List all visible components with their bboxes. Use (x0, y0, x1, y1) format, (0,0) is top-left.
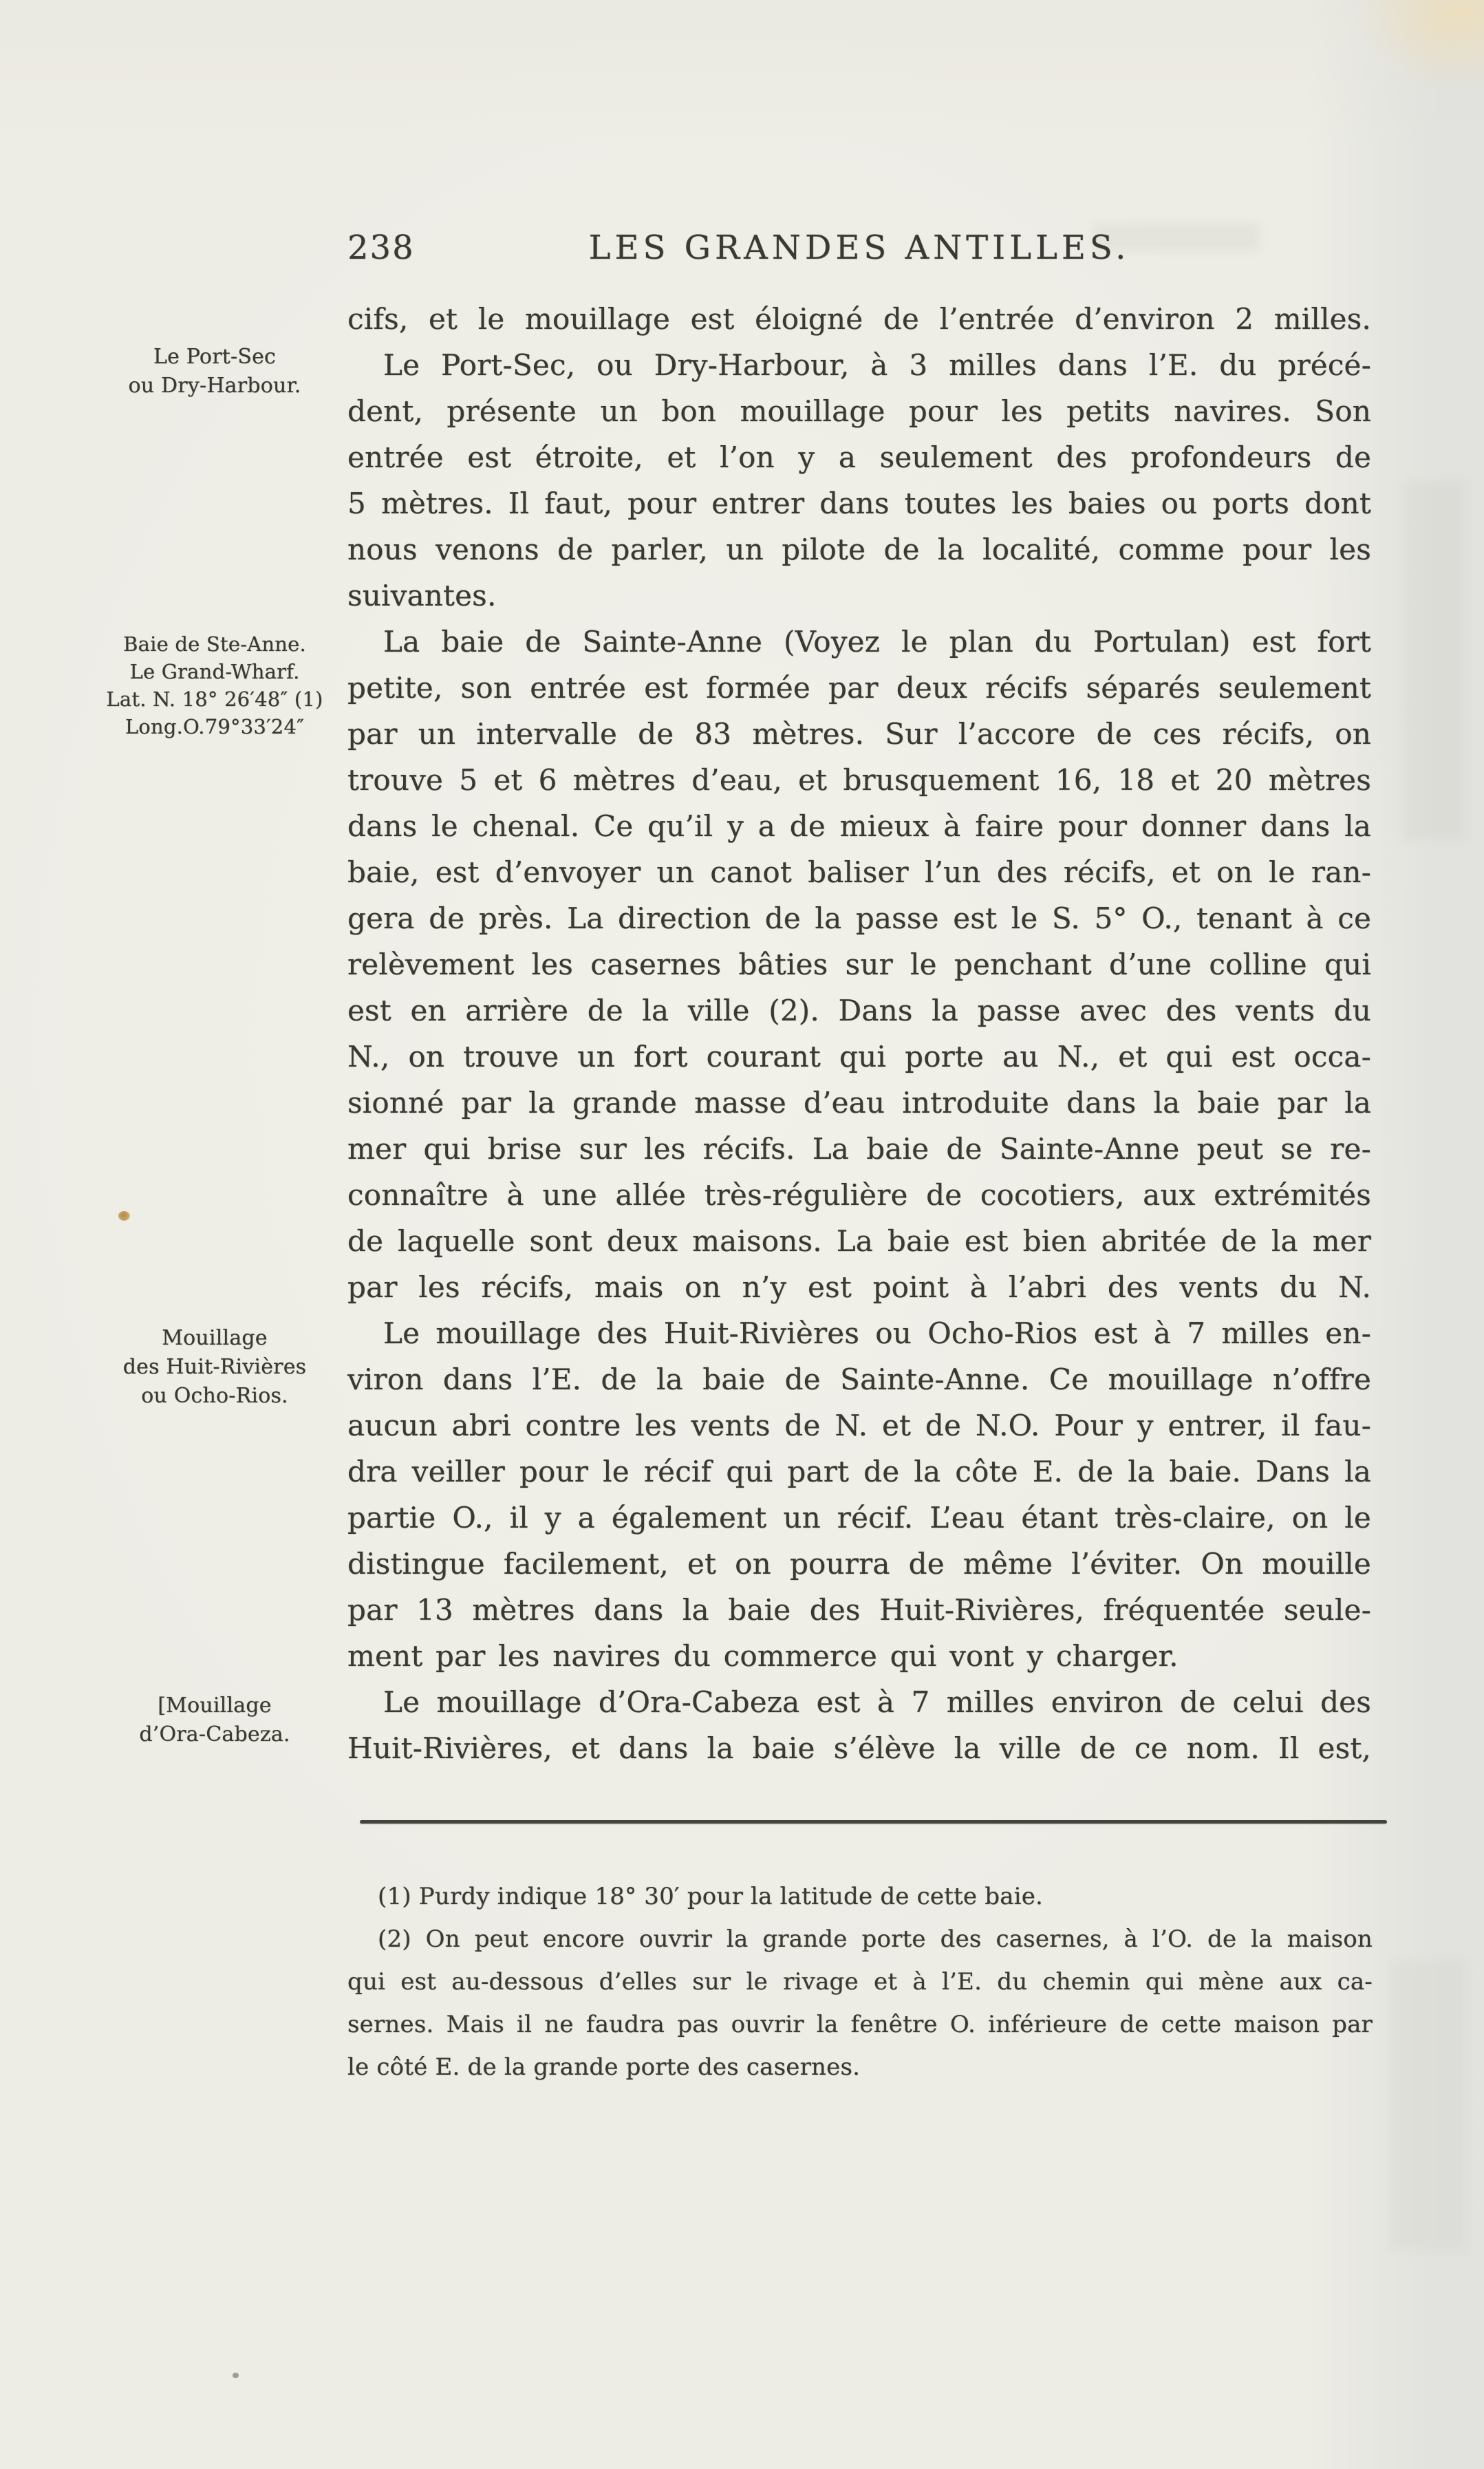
margin-note-line: ou Ocho-Rios. (88, 1382, 341, 1411)
margin-note-port-sec: Le Port-Sec ou Dry-Harbour. (88, 343, 341, 400)
paragraph-continuation: cifs, et le mouillage est éloigné de l’e… (347, 296, 1371, 342)
body-line: par un intervalle de 83 mètres. Sur l’ac… (347, 711, 1371, 757)
margin-note-line: ou Dry-Harbour. (88, 372, 341, 400)
body-line: par 13 mètres dans la baie des Huit-Rivi… (347, 1587, 1371, 1633)
margin-note-line: Long.O.79°33′24″ (88, 713, 341, 740)
body-line: connaître à une allée très-régulière de … (347, 1172, 1371, 1218)
body-line: gera de près. La direction de la passe e… (347, 895, 1371, 941)
body-line: dra veiller pour le récif qui part de la… (347, 1449, 1371, 1495)
paper-stain (118, 1211, 130, 1221)
body-line: mer qui brise sur les récifs. La baie de… (347, 1126, 1371, 1172)
margin-note-line: [Mouillage (88, 1691, 341, 1720)
scanned-book-page: { "page": { "number": "238", "running_ti… (0, 0, 1484, 2469)
margin-note-ora-cabeza: [Mouillage d’Ora-Cabeza. (88, 1691, 341, 1749)
body-line: trouve 5 et 6 mètres d’eau, et brusqueme… (347, 757, 1371, 803)
margin-note-huit-rivieres: Mouillage des Huit-Rivières ou Ocho-Rios… (88, 1324, 341, 1411)
footnote-line: le côté E. de la grande porte des casern… (347, 2046, 1373, 2088)
footnote-line: (1) Purdy indique 18° 30′ pour la latitu… (347, 1875, 1373, 1918)
paragraph-sainte-anne: La baie de Sainte-Anne (Voyez le plan du… (347, 619, 1371, 1310)
body-line: entrée est étroite, et l’on y a seulemen… (347, 434, 1371, 480)
bleed-through-smudge (1390, 1961, 1465, 2250)
running-title: LES GRANDES ANTILLES. (347, 231, 1371, 264)
body-line: N., on trouve un fort courant qui porte … (347, 1034, 1371, 1080)
margin-note-line: Mouillage (88, 1324, 341, 1353)
body-line: La baie de Sainte-Anne (Voyez le plan du… (347, 619, 1371, 665)
body-line: aucun abri contre les vents de N. et de … (347, 1402, 1371, 1449)
body-line: de laquelle sont deux maisons. La baie e… (347, 1218, 1371, 1264)
body-line: ment par les navires du commerce qui von… (347, 1633, 1371, 1679)
margin-note-line: d’Ora-Cabeza. (88, 1720, 341, 1749)
footnote-line: qui est au-dessous d’elles sur le rivage… (347, 1960, 1373, 2003)
body-line: Le mouillage des Huit-Rivières ou Ocho-R… (347, 1310, 1371, 1356)
body-line: 5 mètres. Il faut, pour entrer dans tout… (347, 480, 1371, 526)
margin-note-line: Le Grand-Wharf. (88, 658, 341, 685)
body-line: petite, son entrée est formée par deux r… (347, 665, 1371, 711)
body-line: suivantes. (347, 573, 1371, 619)
footnote-line: (2) On peut encore ouvrir la grande port… (347, 1918, 1373, 1960)
body-line: Le mouillage d’Ora-Cabeza est à 7 milles… (347, 1679, 1371, 1725)
body-line: cifs, et le mouillage est éloigné de l’e… (347, 296, 1371, 342)
body-line: viron dans l’E. de la baie de Sainte-Ann… (347, 1356, 1371, 1402)
body-line: sionné par la grande masse d’eau introdu… (347, 1080, 1371, 1126)
body-line: Le Port-Sec, ou Dry-Harbour, à 3 milles … (347, 342, 1371, 388)
main-text-column: cifs, et le mouillage est éloigné de l’e… (347, 296, 1371, 1771)
body-line: partie O., il y a également un récif. L’… (347, 1495, 1371, 1541)
margin-note-line: Le Port-Sec (88, 343, 341, 372)
footnotes-block: (1) Purdy indique 18° 30′ pour la latitu… (347, 1875, 1373, 2088)
body-line: distingue facilement, et on pourra de mê… (347, 1541, 1371, 1587)
margin-note-line: Lat. N. 18° 26′48″ (1) (88, 685, 341, 713)
paragraph-ora-cabeza: Le mouillage d’Ora-Cabeza est à 7 milles… (347, 1679, 1371, 1771)
body-line: dent, présente un bon mouillage pour les… (347, 388, 1371, 434)
paragraph-huit-rivieres: Le mouillage des Huit-Rivières ou Ocho-R… (347, 1310, 1371, 1679)
bleed-through-smudge (1404, 482, 1465, 840)
body-line: par les récifs, mais on n’y est point à … (347, 1264, 1371, 1310)
margin-note-baie-ste-anne: Baie de Ste-Anne. Le Grand-Wharf. Lat. N… (88, 630, 341, 740)
body-line: est en arrière de la ville (2). Dans la … (347, 987, 1371, 1034)
paragraph-port-sec: Le Port-Sec, ou Dry-Harbour, à 3 milles … (347, 342, 1371, 619)
body-line: baie, est d’envoyer un canot baliser l’u… (347, 849, 1371, 895)
body-line: relèvement les casernes bâties sur le pe… (347, 941, 1371, 987)
body-line: Huit-Rivières, et dans la baie s’élève l… (347, 1725, 1371, 1771)
body-line: nous venons de parler, un pilote de la l… (347, 526, 1371, 573)
footnote-line: sernes. Mais il ne faudra pas ouvrir la … (347, 2003, 1373, 2046)
ink-speck (233, 2373, 239, 2378)
body-line: dans le chenal. Ce qu’il y a de mieux à … (347, 803, 1371, 849)
footnote-rule (360, 1820, 1387, 1824)
margin-note-line: des Huit-Rivières (88, 1353, 341, 1382)
margin-note-line: Baie de Ste-Anne. (88, 630, 341, 658)
